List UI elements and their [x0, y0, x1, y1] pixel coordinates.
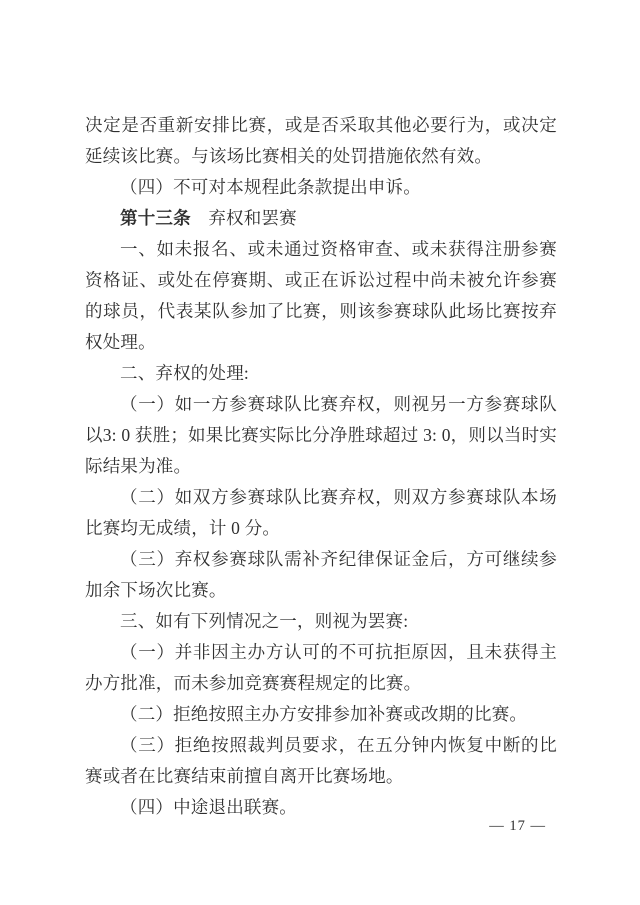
page-footer: — 17 —	[489, 818, 546, 835]
page-number: — 17 —	[489, 818, 546, 834]
paragraph: 一、如未报名、或未通过资格审查、或未获得注册参赛资格证、或处在停赛期、或正在诉讼…	[85, 234, 557, 358]
paragraph: （一）如一方参赛球队比赛弃权，则视另一方参赛球队以3: 0 获胜；如果比赛实际比…	[85, 389, 557, 482]
paragraph: （一）并非因主办方认可的不可抗拒原因，且未获得主办方批准，而未参加竞赛赛程规定的…	[85, 637, 557, 699]
paragraph: （三）弃权参赛球队需补齐纪律保证金后，方可继续参加余下场次比赛。	[85, 544, 557, 606]
paragraph: （三）拒绝按照裁判员要求，在五分钟内恢复中断的比赛或者在比赛结束前擅自离开比赛场…	[85, 730, 557, 792]
article-number: 第十三条	[120, 208, 191, 228]
paragraph: （二）拒绝按照主办方安排参加补赛或改期的比赛。	[85, 699, 557, 730]
page-content: 决定是否重新安排比赛，或是否采取其他必要行为，或决定延续该比赛。与该场比赛相关的…	[85, 110, 557, 823]
paragraph: 决定是否重新安排比赛，或是否采取其他必要行为，或决定延续该比赛。与该场比赛相关的…	[85, 110, 557, 172]
paragraph: 三、如有下列情况之一，则视为罢赛:	[85, 606, 557, 637]
paragraph: （四）不可对本规程此条款提出申诉。	[85, 172, 557, 203]
paragraph: （四）中途退出联赛。	[85, 792, 557, 823]
article-heading: 第十三条弃权和罢赛	[85, 203, 557, 234]
document-page: 决定是否重新安排比赛，或是否采取其他必要行为，或决定延续该比赛。与该场比赛相关的…	[0, 0, 640, 905]
paragraph: 二、弃权的处理:	[85, 358, 557, 389]
article-title: 弃权和罢赛	[208, 208, 297, 228]
paragraph: （二）如双方参赛球队比赛弃权，则双方参赛球队本场比赛均无成绩，计 0 分。	[85, 482, 557, 544]
